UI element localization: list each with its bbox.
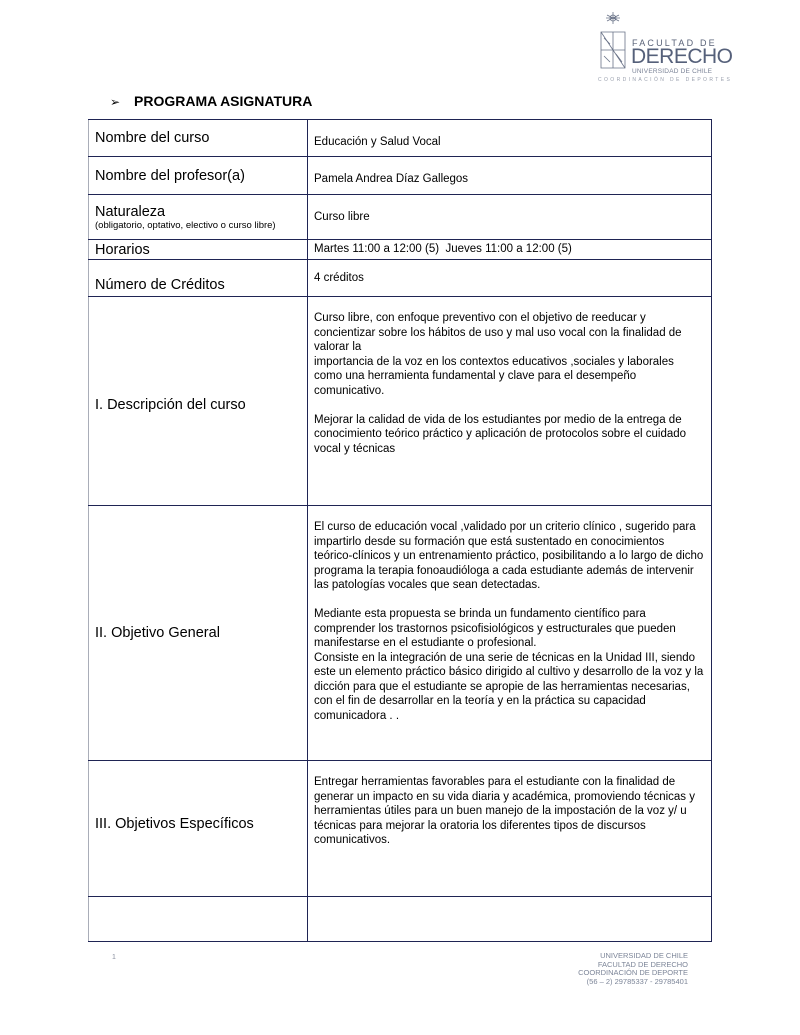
paragraph: Entregar herramientas favorables para el…	[314, 775, 705, 848]
label-cell: Horarios	[89, 240, 308, 260]
row-value: Educación y Salud Vocal	[314, 127, 705, 150]
row-label: Nombre del curso	[95, 130, 209, 146]
section-title: PROGRAMA ASIGNATURA	[134, 93, 312, 109]
row-label: Naturaleza	[95, 204, 301, 220]
value-cell	[308, 897, 712, 942]
section-heading: ➢PROGRAMA ASIGNATURA	[110, 93, 312, 109]
row-label: I. Descripción del curso	[95, 397, 246, 413]
value-cell: Educación y Salud Vocal	[308, 120, 712, 157]
label-cell: Número de Créditos	[89, 260, 308, 297]
row-sublabel: (obligatorio, optativo, electivo o curso…	[95, 220, 301, 231]
value-cell: 4 créditos	[308, 260, 712, 297]
value-cell: El curso de educación vocal ,validado po…	[308, 506, 712, 761]
row-value: Curso libre, con enfoque preventivo con …	[314, 311, 705, 456]
row-value: Entregar herramientas favorables para el…	[314, 775, 705, 848]
paragraph: Curso libre, con enfoque preventivo con …	[314, 311, 705, 398]
value-cell: Curso libre, con enfoque preventivo con …	[308, 297, 712, 506]
page-number: 1	[112, 954, 116, 961]
paragraph: Mejorar la calidad de vida de los estudi…	[314, 413, 705, 457]
paragraph: Mediante esta propuesta se brinda un fun…	[314, 607, 705, 723]
footer-line: (56 – 2) 29785337 - 29785401	[578, 978, 688, 987]
row-label: Número de Créditos	[95, 277, 225, 293]
row-value: El curso de educación vocal ,validado po…	[314, 520, 705, 723]
row-value: 4 créditos	[314, 271, 705, 286]
logo-line-derecho: DERECHO	[631, 47, 733, 67]
table-row-specific-objectives: III. Objetivos Específicos Entregar herr…	[89, 761, 712, 897]
faculty-logo: FACULTAD DE DERECHO UNIVERSIDAD DE CHILE…	[598, 10, 724, 80]
value-cell: Pamela Andrea Díaz Gallegos	[308, 157, 712, 195]
row-label: Horarios	[95, 242, 150, 258]
row-label: Nombre del profesor(a)	[95, 168, 245, 184]
course-program-table: Nombre del curso Educación y Salud Vocal…	[88, 119, 712, 942]
paragraph: El curso de educación vocal ,validado po…	[314, 520, 705, 593]
footer-address: UNIVERSIDAD DE CHILE FACULTAD DE DERECHO…	[578, 952, 688, 986]
table-row-description: I. Descripción del curso Curso libre, co…	[89, 297, 712, 506]
row-value: Pamela Andrea Díaz Gallegos	[314, 164, 705, 187]
table-row-schedule: Horarios Martes 11:00 a 12:00 (5) Jueves…	[89, 240, 712, 260]
label-cell: Naturaleza (obligatorio, optativo, elect…	[89, 195, 308, 240]
table-row-course-name: Nombre del curso Educación y Salud Vocal	[89, 120, 712, 157]
table-row-credits: Número de Créditos 4 créditos	[89, 260, 712, 297]
table-row-nature: Naturaleza (obligatorio, optativo, elect…	[89, 195, 712, 240]
label-cell	[89, 897, 308, 942]
logo-line-university: UNIVERSIDAD DE CHILE	[632, 68, 712, 75]
university-shield-icon	[598, 10, 628, 76]
table-row-general-objective: II. Objetivo General El curso de educaci…	[89, 506, 712, 761]
label-cell: III. Objetivos Específicos	[89, 761, 308, 897]
row-label: II. Objetivo General	[95, 625, 220, 641]
label-cell: Nombre del profesor(a)	[89, 157, 308, 195]
value-cell: Curso libre	[308, 195, 712, 240]
label-cell: I. Descripción del curso	[89, 297, 308, 506]
logo-line-coordination: COORDINACIÓN DE DEPORTES	[598, 77, 732, 83]
row-label: III. Objetivos Específicos	[95, 816, 254, 832]
label-cell: Nombre del curso	[89, 120, 308, 157]
value-cell: Entregar herramientas favorables para el…	[308, 761, 712, 897]
value-cell: Martes 11:00 a 12:00 (5) Jueves 11:00 a …	[308, 240, 712, 260]
row-value: Martes 11:00 a 12:00 (5) Jueves 11:00 a …	[314, 242, 705, 257]
label-cell: II. Objetivo General	[89, 506, 308, 761]
row-value: Curso libre	[314, 210, 705, 225]
table-row-professor: Nombre del profesor(a) Pamela Andrea Día…	[89, 157, 712, 195]
arrow-bullet-icon: ➢	[110, 95, 134, 109]
table-row-empty	[89, 897, 712, 942]
